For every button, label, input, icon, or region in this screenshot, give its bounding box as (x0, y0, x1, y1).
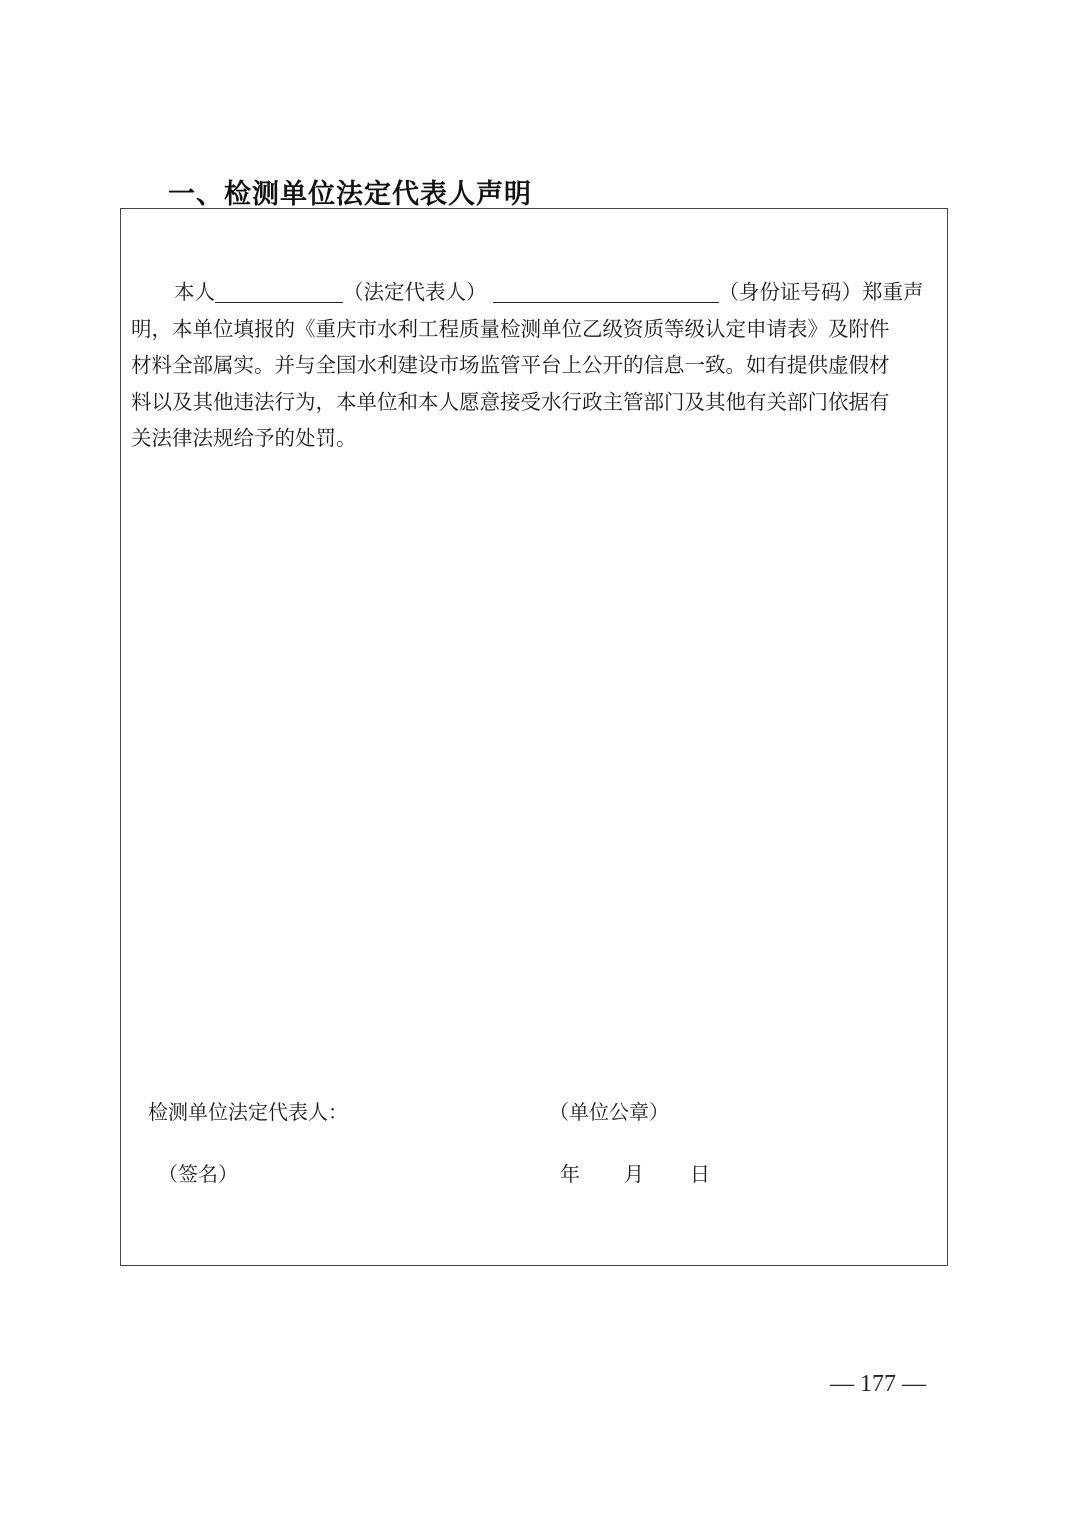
representative-label: 检测单位法定代表人： (148, 1096, 348, 1125)
date-fields: 年月日 (560, 1158, 710, 1187)
declaration-line-1: 本人（法定代表人）（身份证号码）郑重声 (131, 274, 943, 311)
legal-representative-name-field[interactable] (215, 278, 343, 303)
month-label: 月 (624, 1158, 690, 1187)
declaration-line-4: 料以及其他违法行为，本单位和本人愿意接受水行政主管部门及其他有关部门依据有 (131, 384, 943, 421)
declaration-paragraph: 本人（法定代表人）（身份证号码）郑重声 明，本单位填报的《重庆市水利工程质量检测… (131, 274, 943, 457)
unit-seal-label: （单位公章） (549, 1096, 669, 1125)
id-number-label: （身份证号码）郑重声 (719, 280, 924, 304)
signature-label: （签名） (158, 1158, 238, 1187)
day-label: 日 (690, 1158, 710, 1187)
declaration-line-3: 材料全部属实。并与全国水利建设市场监管平台上公开的信息一致。如有提供虚假材 (131, 347, 943, 384)
page-number: — 177 — (830, 1371, 926, 1398)
id-number-field[interactable] (493, 278, 719, 303)
legal-representative-label: （法定代表人） (343, 280, 487, 304)
year-label: 年 (560, 1158, 624, 1187)
declaration-line-2: 明，本单位填报的《重庆市水利工程质量检测单位乙级资质等级认定申请表》及附件 (131, 311, 943, 348)
section-heading: 一、检测单位法定代表人声明 (168, 172, 532, 211)
declaration-line-5: 关法律法规给予的处罚。 (131, 420, 943, 457)
prefix-text: 本人 (174, 280, 215, 304)
